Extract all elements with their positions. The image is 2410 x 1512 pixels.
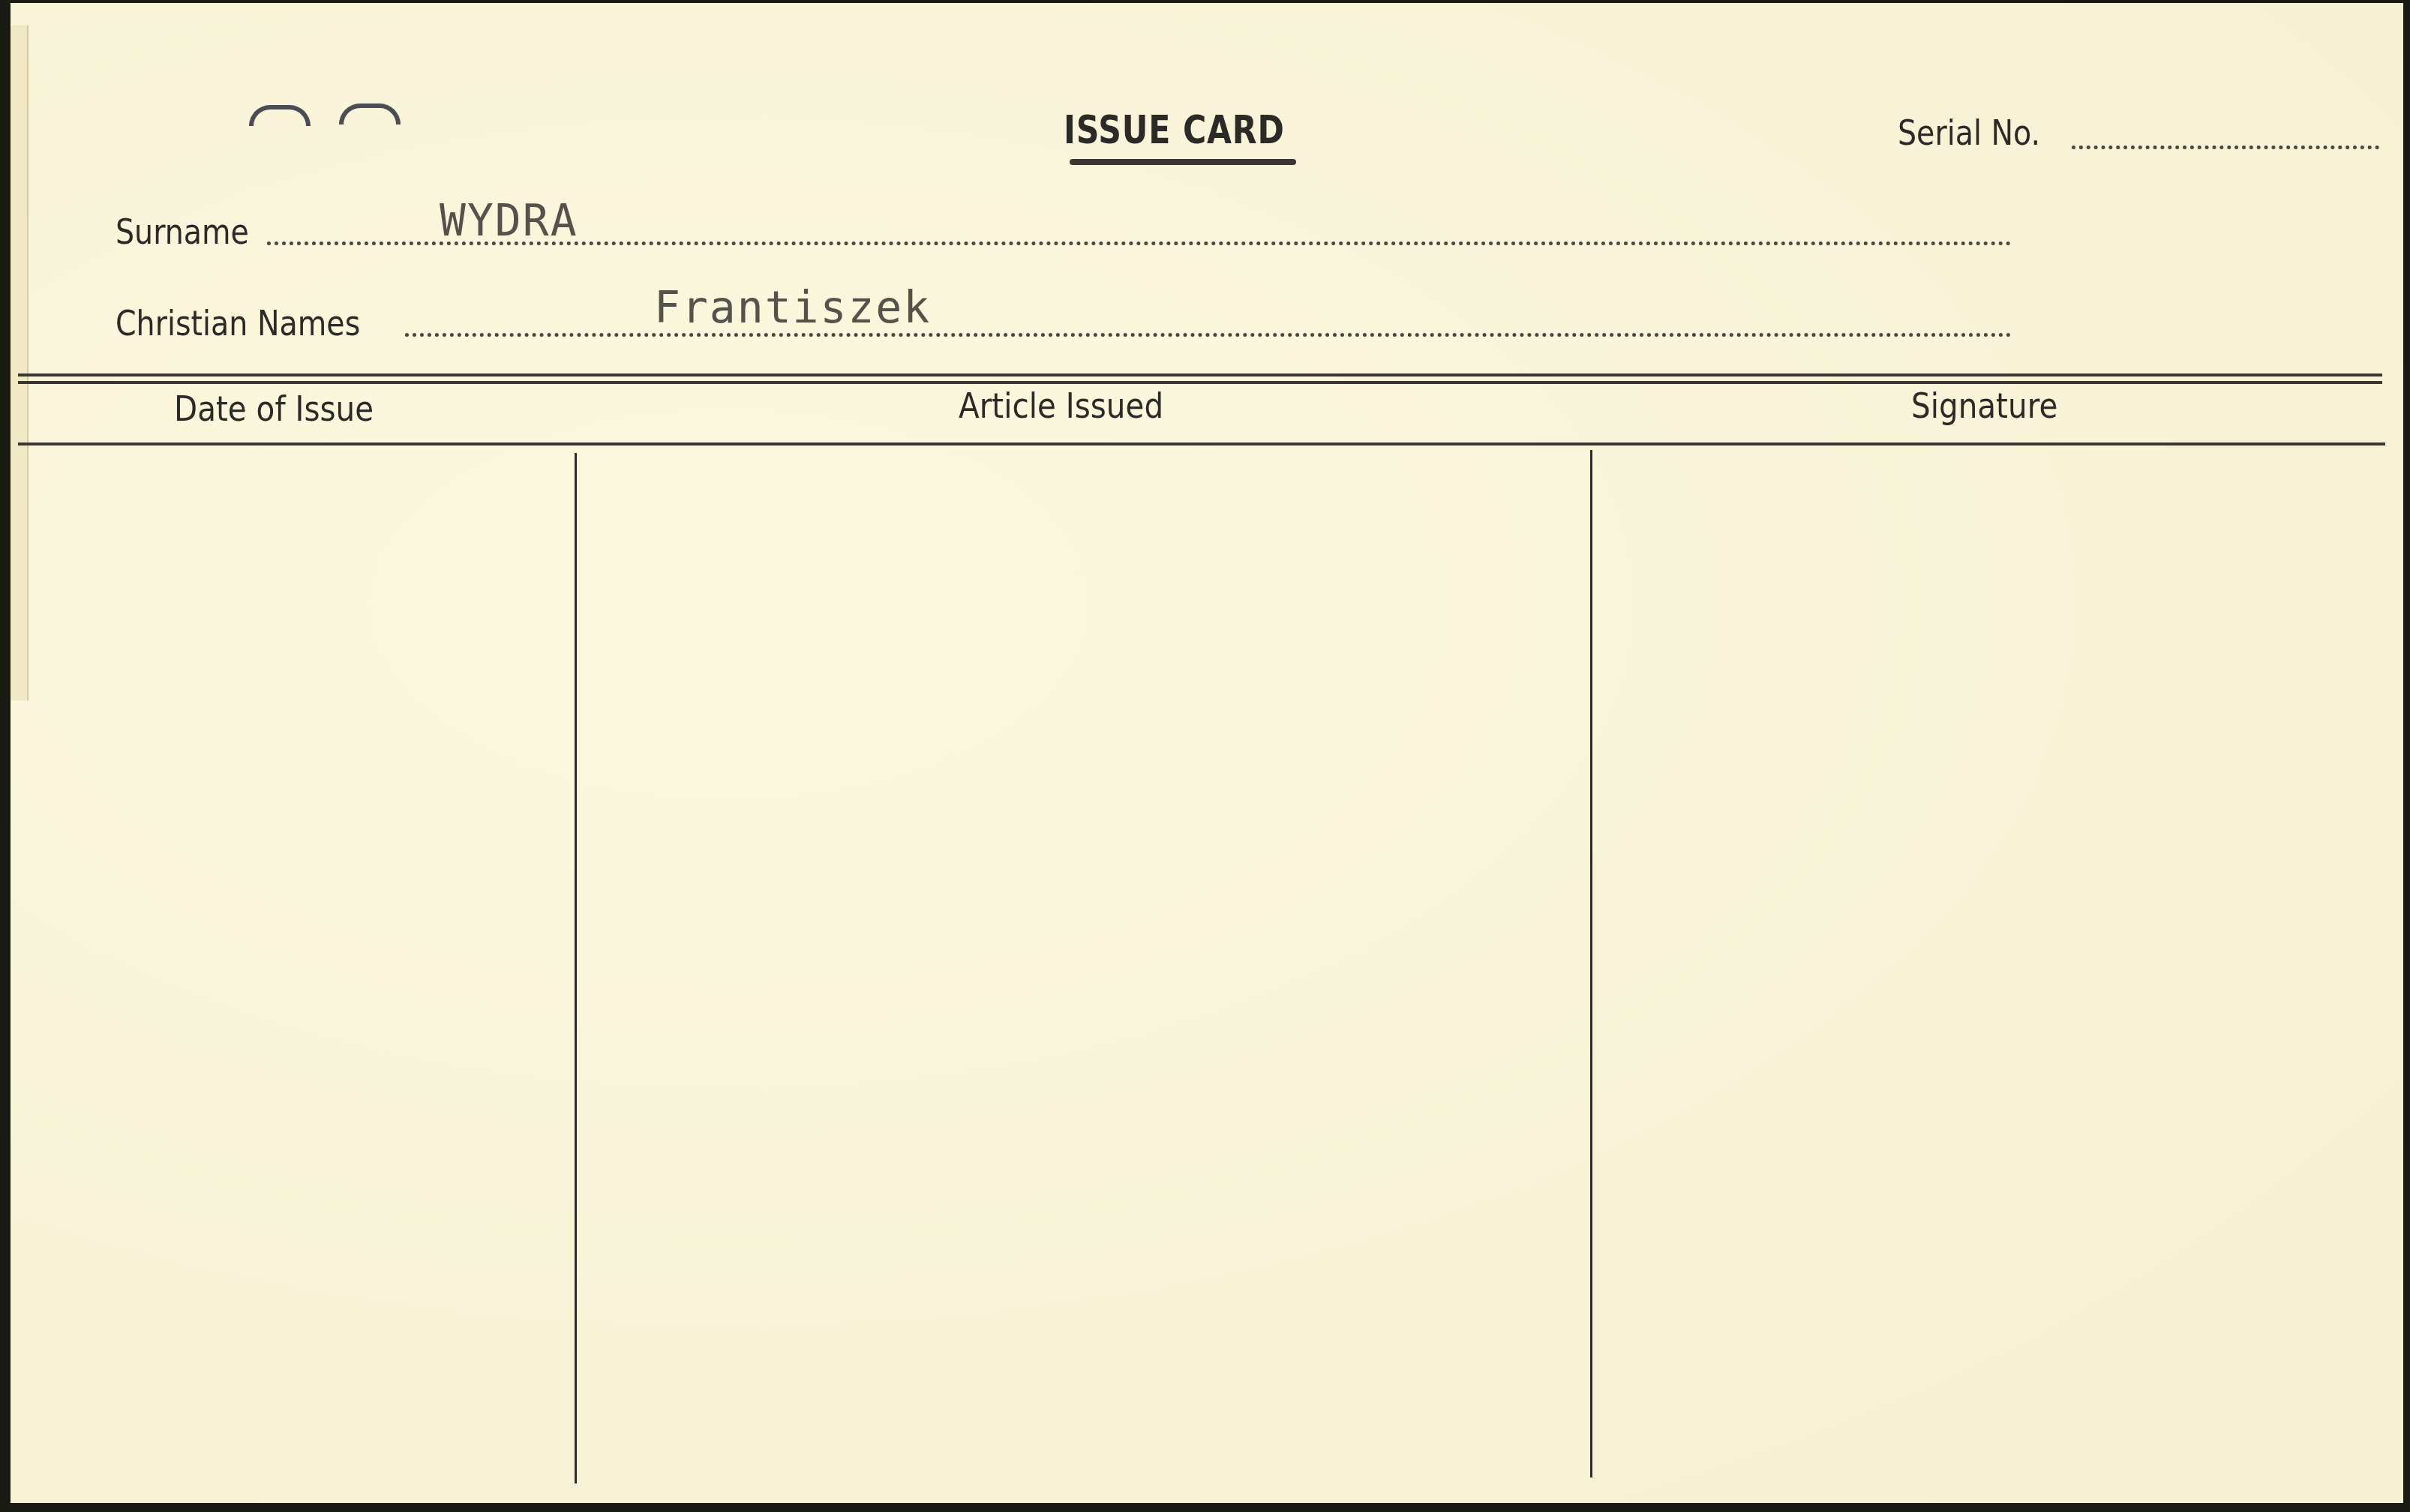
christian-names-label: Christian Names bbox=[116, 303, 360, 343]
double-rule-bottom bbox=[18, 381, 2382, 384]
column-header-signature: Signature bbox=[1911, 385, 2057, 426]
christian-names-value: Frantiszek bbox=[654, 282, 931, 333]
column-header-article-issued: Article Issued bbox=[959, 385, 1163, 426]
column-divider-2 bbox=[1590, 450, 1592, 1477]
surname-label: Surname bbox=[116, 211, 249, 252]
staple-icon bbox=[249, 105, 311, 126]
christian-names-field[interactable] bbox=[405, 333, 2012, 337]
title-underline bbox=[1070, 159, 1296, 165]
serial-number-field[interactable] bbox=[2072, 145, 2379, 149]
date-of-issue-column[interactable] bbox=[18, 453, 573, 1488]
column-divider-1 bbox=[575, 453, 577, 1483]
article-issued-column[interactable] bbox=[581, 453, 1589, 1488]
issue-card: ISSUE CARD Serial No. Surname WYDRA Chri… bbox=[11, 3, 2403, 1503]
serial-number-label: Serial No. bbox=[1898, 112, 2040, 153]
header-rule bbox=[18, 442, 2385, 445]
surname-value: WYDRA bbox=[440, 195, 578, 246]
staple-icon bbox=[339, 103, 401, 124]
column-header-date-of-issue: Date of Issue bbox=[174, 388, 374, 429]
double-rule-top bbox=[18, 373, 2382, 376]
signature-column[interactable] bbox=[1596, 453, 2391, 1488]
card-title: ISSUE CARD bbox=[1064, 108, 1285, 153]
